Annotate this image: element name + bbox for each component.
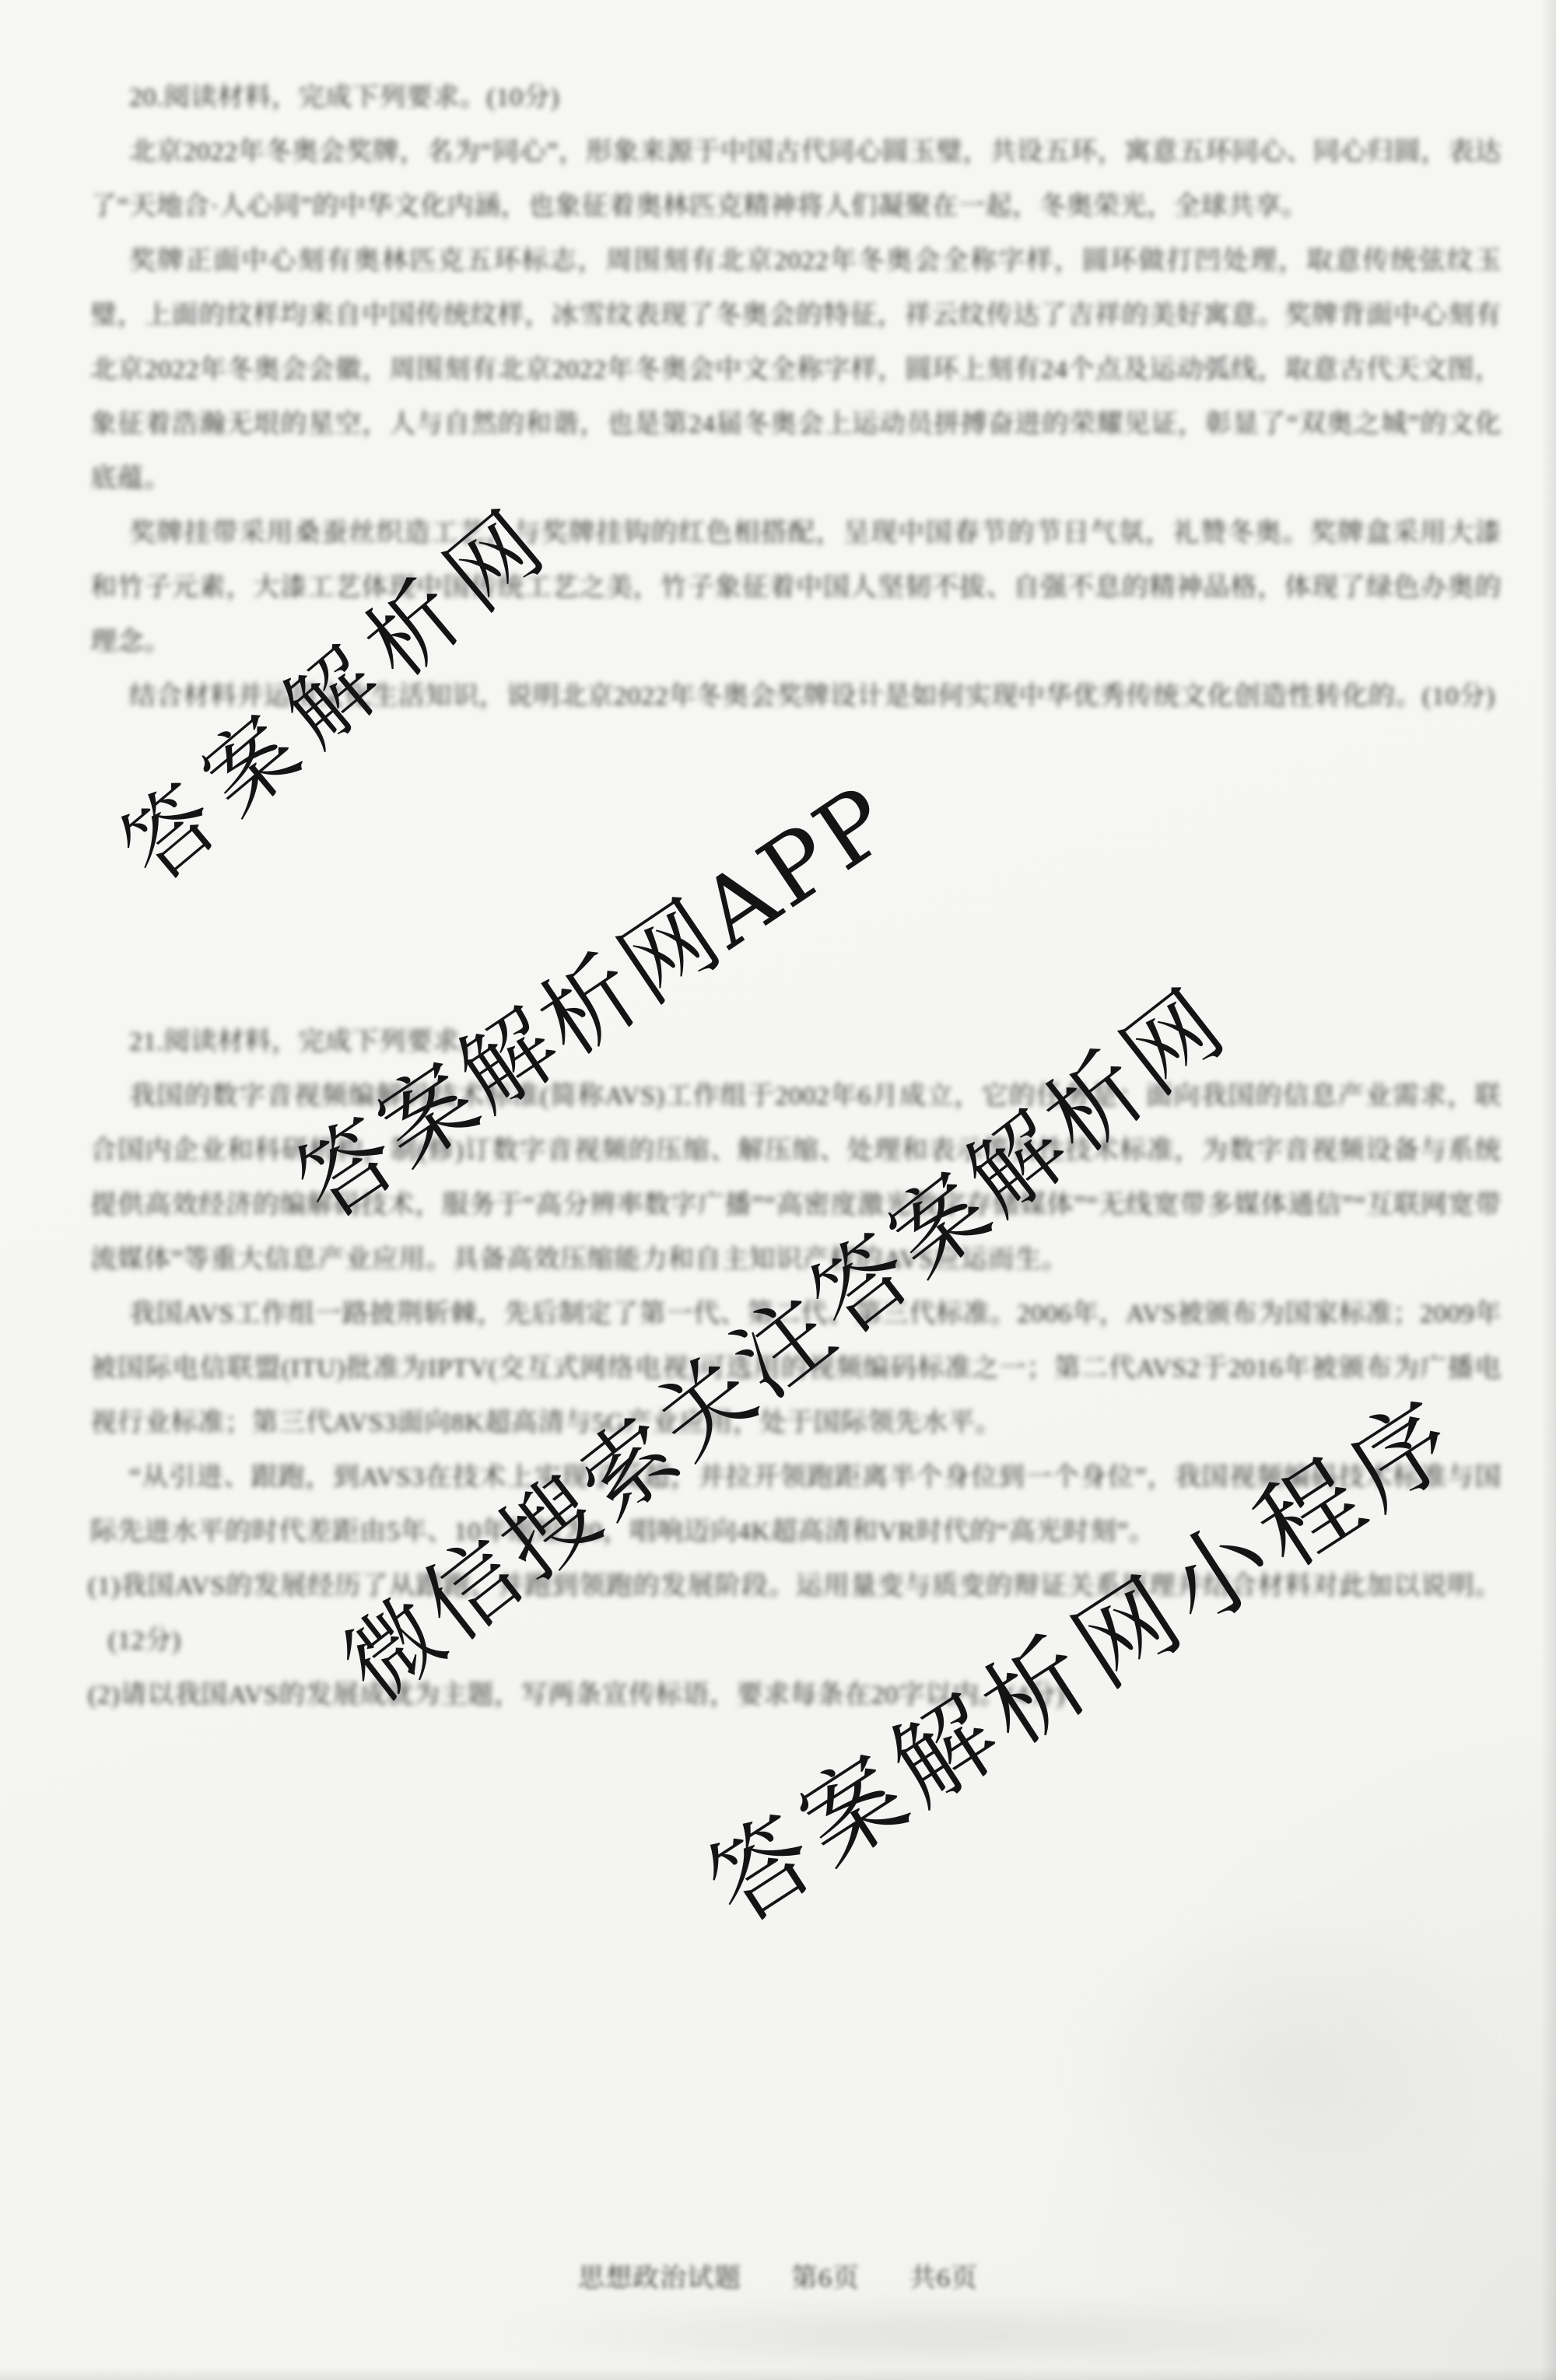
exam-body-text: 20.阅读材料，完成下列要求。(10分) 北京2022年冬奥会奖牌，名为“同心”… bbox=[90, 71, 1502, 1723]
footer-exam-title: 思想政治试题 bbox=[578, 2264, 741, 2293]
question-21-paragraph-3: “从引进、跟跑，到AVS3在技术上实现了反超，并拉开领跑距离半个身位到一个身位”… bbox=[90, 1451, 1502, 1559]
question-20-task: 结合材料并运用文化生活知识，说明北京2022年冬奥会奖牌设计是如何实现中华优秀传… bbox=[90, 670, 1502, 724]
corner-vignette bbox=[1011, 1680, 1556, 2380]
question-21-paragraph-2: 我国AVS工作组一路披荆斩棘，先后制定了第一代、第二代、第三代标准。2006年，… bbox=[90, 1287, 1502, 1451]
footer-total-pages: 共6页 bbox=[909, 2264, 978, 2293]
question-21-paragraph-1: 我国的数字音视频编解码技术标准(简称AVS)工作组于2002年6月成立，它的任务… bbox=[90, 1069, 1502, 1287]
question-21-subquestion-1: (1)我国AVS的发展经历了从跟跑、并跑到领跑的发展阶段。运用量变与质变的辩证关… bbox=[88, 1559, 1502, 1668]
question-21-header: 21.阅读材料，完成下列要求。 bbox=[90, 1015, 1502, 1069]
scanned-exam-page: 20.阅读材料，完成下列要求。(10分) 北京2022年冬奥会奖牌，名为“同心”… bbox=[0, 0, 1556, 2380]
question-20-paragraph-3: 奖牌挂带采用桑蚕丝织造工艺，与奖牌挂钩的红色相搭配，呈现中国春节的节日气氛，礼赞… bbox=[90, 506, 1502, 670]
question-20-paragraph-2: 奖牌正面中心刻有奥林匹克五环标志，周围刻有北京2022年冬奥会全称字样，圆环做打… bbox=[90, 234, 1502, 506]
question-20-block: 20.阅读材料，完成下列要求。(10分) 北京2022年冬奥会奖牌，名为“同心”… bbox=[90, 71, 1502, 724]
page-edge-shadow-bottom bbox=[0, 2368, 1556, 2380]
footer-page-number: 第6页 bbox=[791, 2264, 860, 2293]
question-21-block: 21.阅读材料，完成下列要求。 我国的数字音视频编解码技术标准(简称AVS)工作… bbox=[90, 1015, 1502, 1723]
page-edge-shadow-right bbox=[1540, 0, 1556, 2380]
question-20-paragraph-1: 北京2022年冬奥会奖牌，名为“同心”，形象来源于中国古代同心圆玉璧，共设五环，… bbox=[90, 125, 1502, 234]
question-20-header: 20.阅读材料，完成下列要求。(10分) bbox=[90, 71, 1502, 125]
